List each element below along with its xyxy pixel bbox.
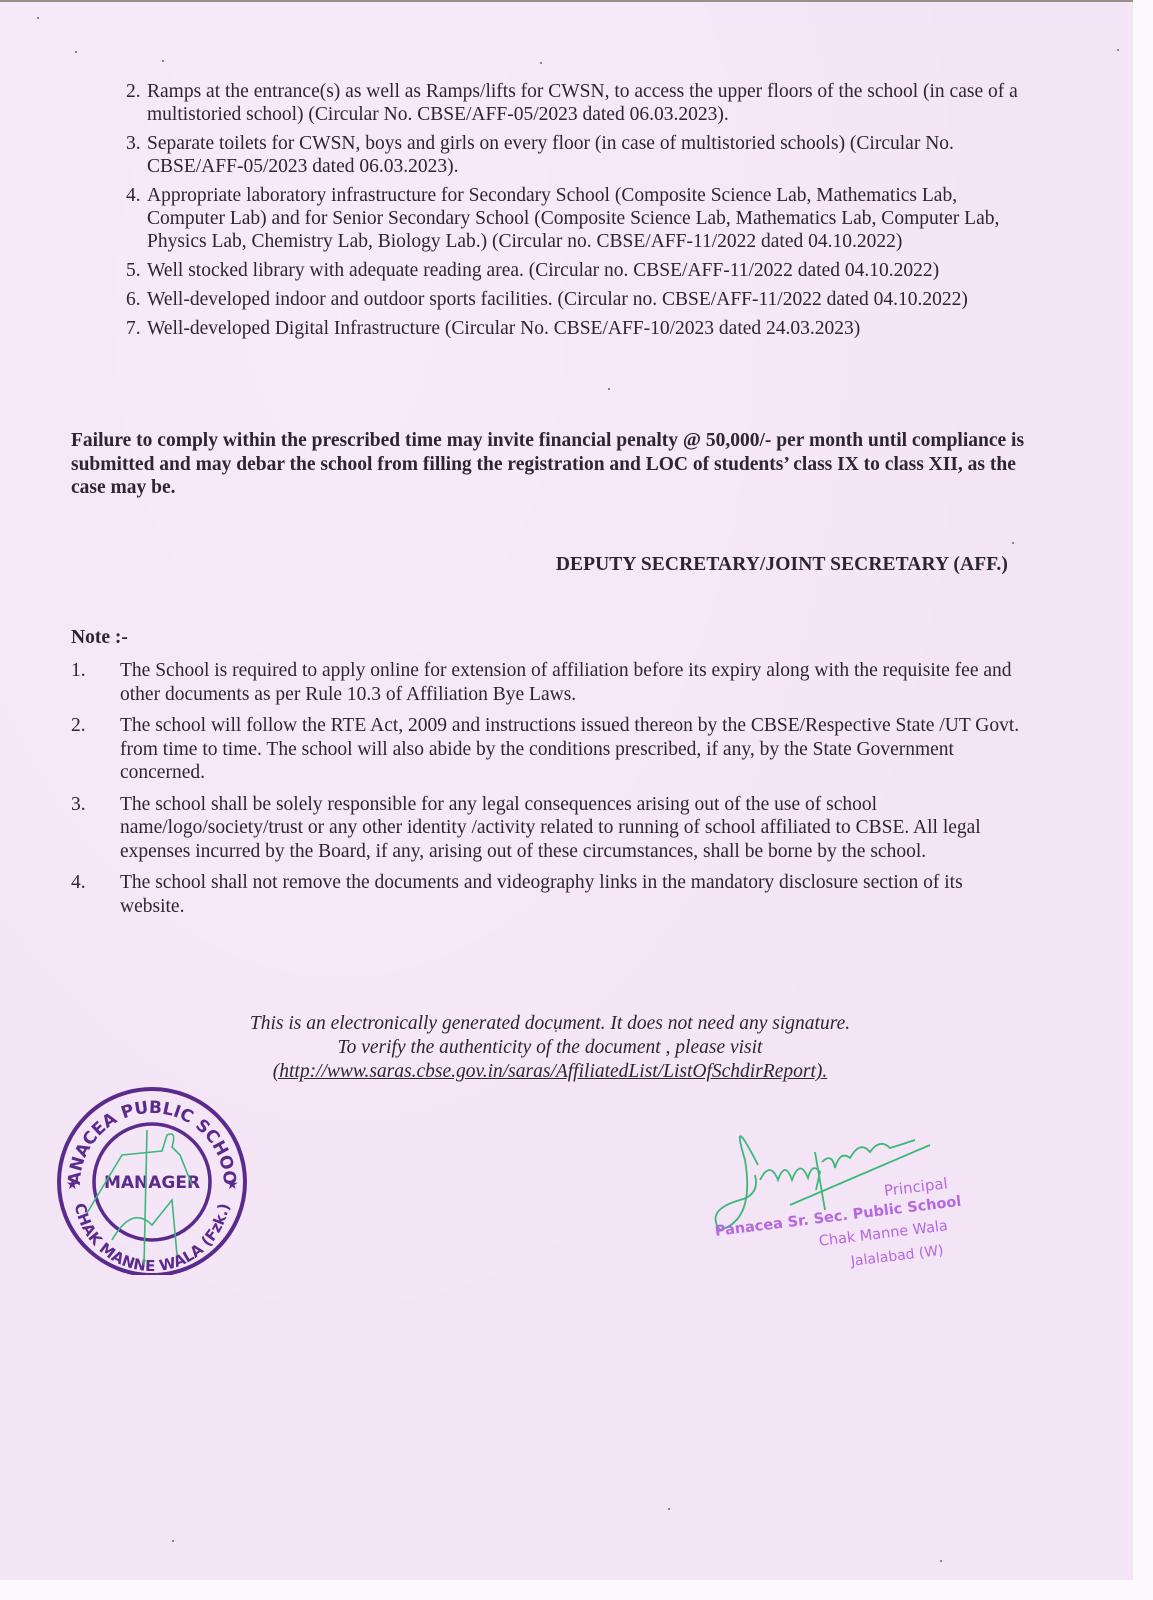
note-number: 1. <box>71 659 120 706</box>
scan-speck <box>1117 49 1119 51</box>
note-text: The school shall be solely responsible f… <box>120 793 1031 864</box>
footer-line-1: This is an electronically generated docu… <box>160 1012 940 1036</box>
school-seal-stamp: PANACEA PUBLIC SCHOOL CHAK MANNE WALA (F… <box>52 1085 252 1275</box>
note-heading: Note :- <box>71 627 128 649</box>
notes-list: 1. The School is required to apply onlin… <box>71 659 1031 926</box>
requirement-item: 5. Well stocked library with adequate re… <box>126 259 1026 282</box>
scan-edge <box>0 0 1133 2</box>
note-number: 4. <box>71 871 120 918</box>
star-icon: ★ <box>66 1178 79 1193</box>
scan-speck <box>608 388 610 390</box>
requirement-text: Appropriate laboratory infrastructure fo… <box>147 184 1026 253</box>
requirement-item: 3. Separate toilets for CWSN, boys and g… <box>126 132 1026 178</box>
scan-speck <box>162 60 164 62</box>
requirement-text: Well-developed indoor and outdoor sports… <box>147 288 1026 311</box>
note-text: The School is required to apply online f… <box>120 659 1031 706</box>
requirements-list: 2. Ramps at the entrance(s) as well as R… <box>126 80 1026 346</box>
signatory-title: DEPUTY SECRETARY/JOINT SECRETARY (AFF.) <box>556 554 1008 576</box>
scan-speck <box>75 51 77 53</box>
requirement-item: 2. Ramps at the entrance(s) as well as R… <box>126 80 1026 126</box>
scan-speck <box>37 17 39 19</box>
scan-speck <box>1012 542 1014 544</box>
requirement-text: Ramps at the entrance(s) as well as Ramp… <box>147 80 1026 126</box>
requirement-number: 5. <box>126 259 147 282</box>
note-text: The school shall not remove the document… <box>120 871 1031 918</box>
requirement-item: 4. Appropriate laboratory infrastructure… <box>126 184 1026 253</box>
requirement-number: 7. <box>126 317 147 340</box>
note-text: The school will follow the RTE Act, 2009… <box>120 714 1031 785</box>
requirement-text: Well stocked library with adequate readi… <box>147 259 1026 282</box>
note-number: 3. <box>71 793 120 864</box>
requirement-text: Well-developed Digital Infrastructure (C… <box>147 317 1026 340</box>
scan-speck <box>540 62 542 64</box>
document-page: 2. Ramps at the entrance(s) as well as R… <box>0 0 1133 1580</box>
seal-center-text: MANAGER <box>104 1173 200 1193</box>
verification-link[interactable]: (http://www.saras.cbse.gov.in/saras/Affi… <box>160 1060 940 1084</box>
verification-footer: This is an electronically generated docu… <box>160 1012 940 1084</box>
requirement-item: 7. Well-developed Digital Infrastructure… <box>126 317 1026 340</box>
note-item: 1. The School is required to apply onlin… <box>71 659 1031 706</box>
scan-speck <box>940 1560 942 1562</box>
note-number: 2. <box>71 714 120 785</box>
note-item: 4. The school shall not remove the docum… <box>71 871 1031 918</box>
requirement-number: 4. <box>126 184 147 253</box>
requirement-text: Separate toilets for CWSN, boys and girl… <box>147 132 1026 178</box>
note-item: 3. The school shall be solely responsibl… <box>71 793 1031 864</box>
requirement-item: 6. Well-developed indoor and outdoor spo… <box>126 288 1026 311</box>
requirement-number: 2. <box>126 80 147 126</box>
note-item: 2. The school will follow the RTE Act, 2… <box>71 714 1031 785</box>
requirement-number: 6. <box>126 288 147 311</box>
principal-signature-stamp: Principal Panacea Sr. Sec. Public School… <box>700 1100 970 1275</box>
requirement-number: 3. <box>126 132 147 178</box>
footer-line-2: To verify the authenticity of the docume… <box>160 1036 940 1060</box>
penalty-notice: Failure to comply within the prescribed … <box>71 429 1031 500</box>
scan-speck <box>172 1540 174 1542</box>
scan-speck <box>668 1508 670 1510</box>
star-icon: ★ <box>226 1178 239 1193</box>
